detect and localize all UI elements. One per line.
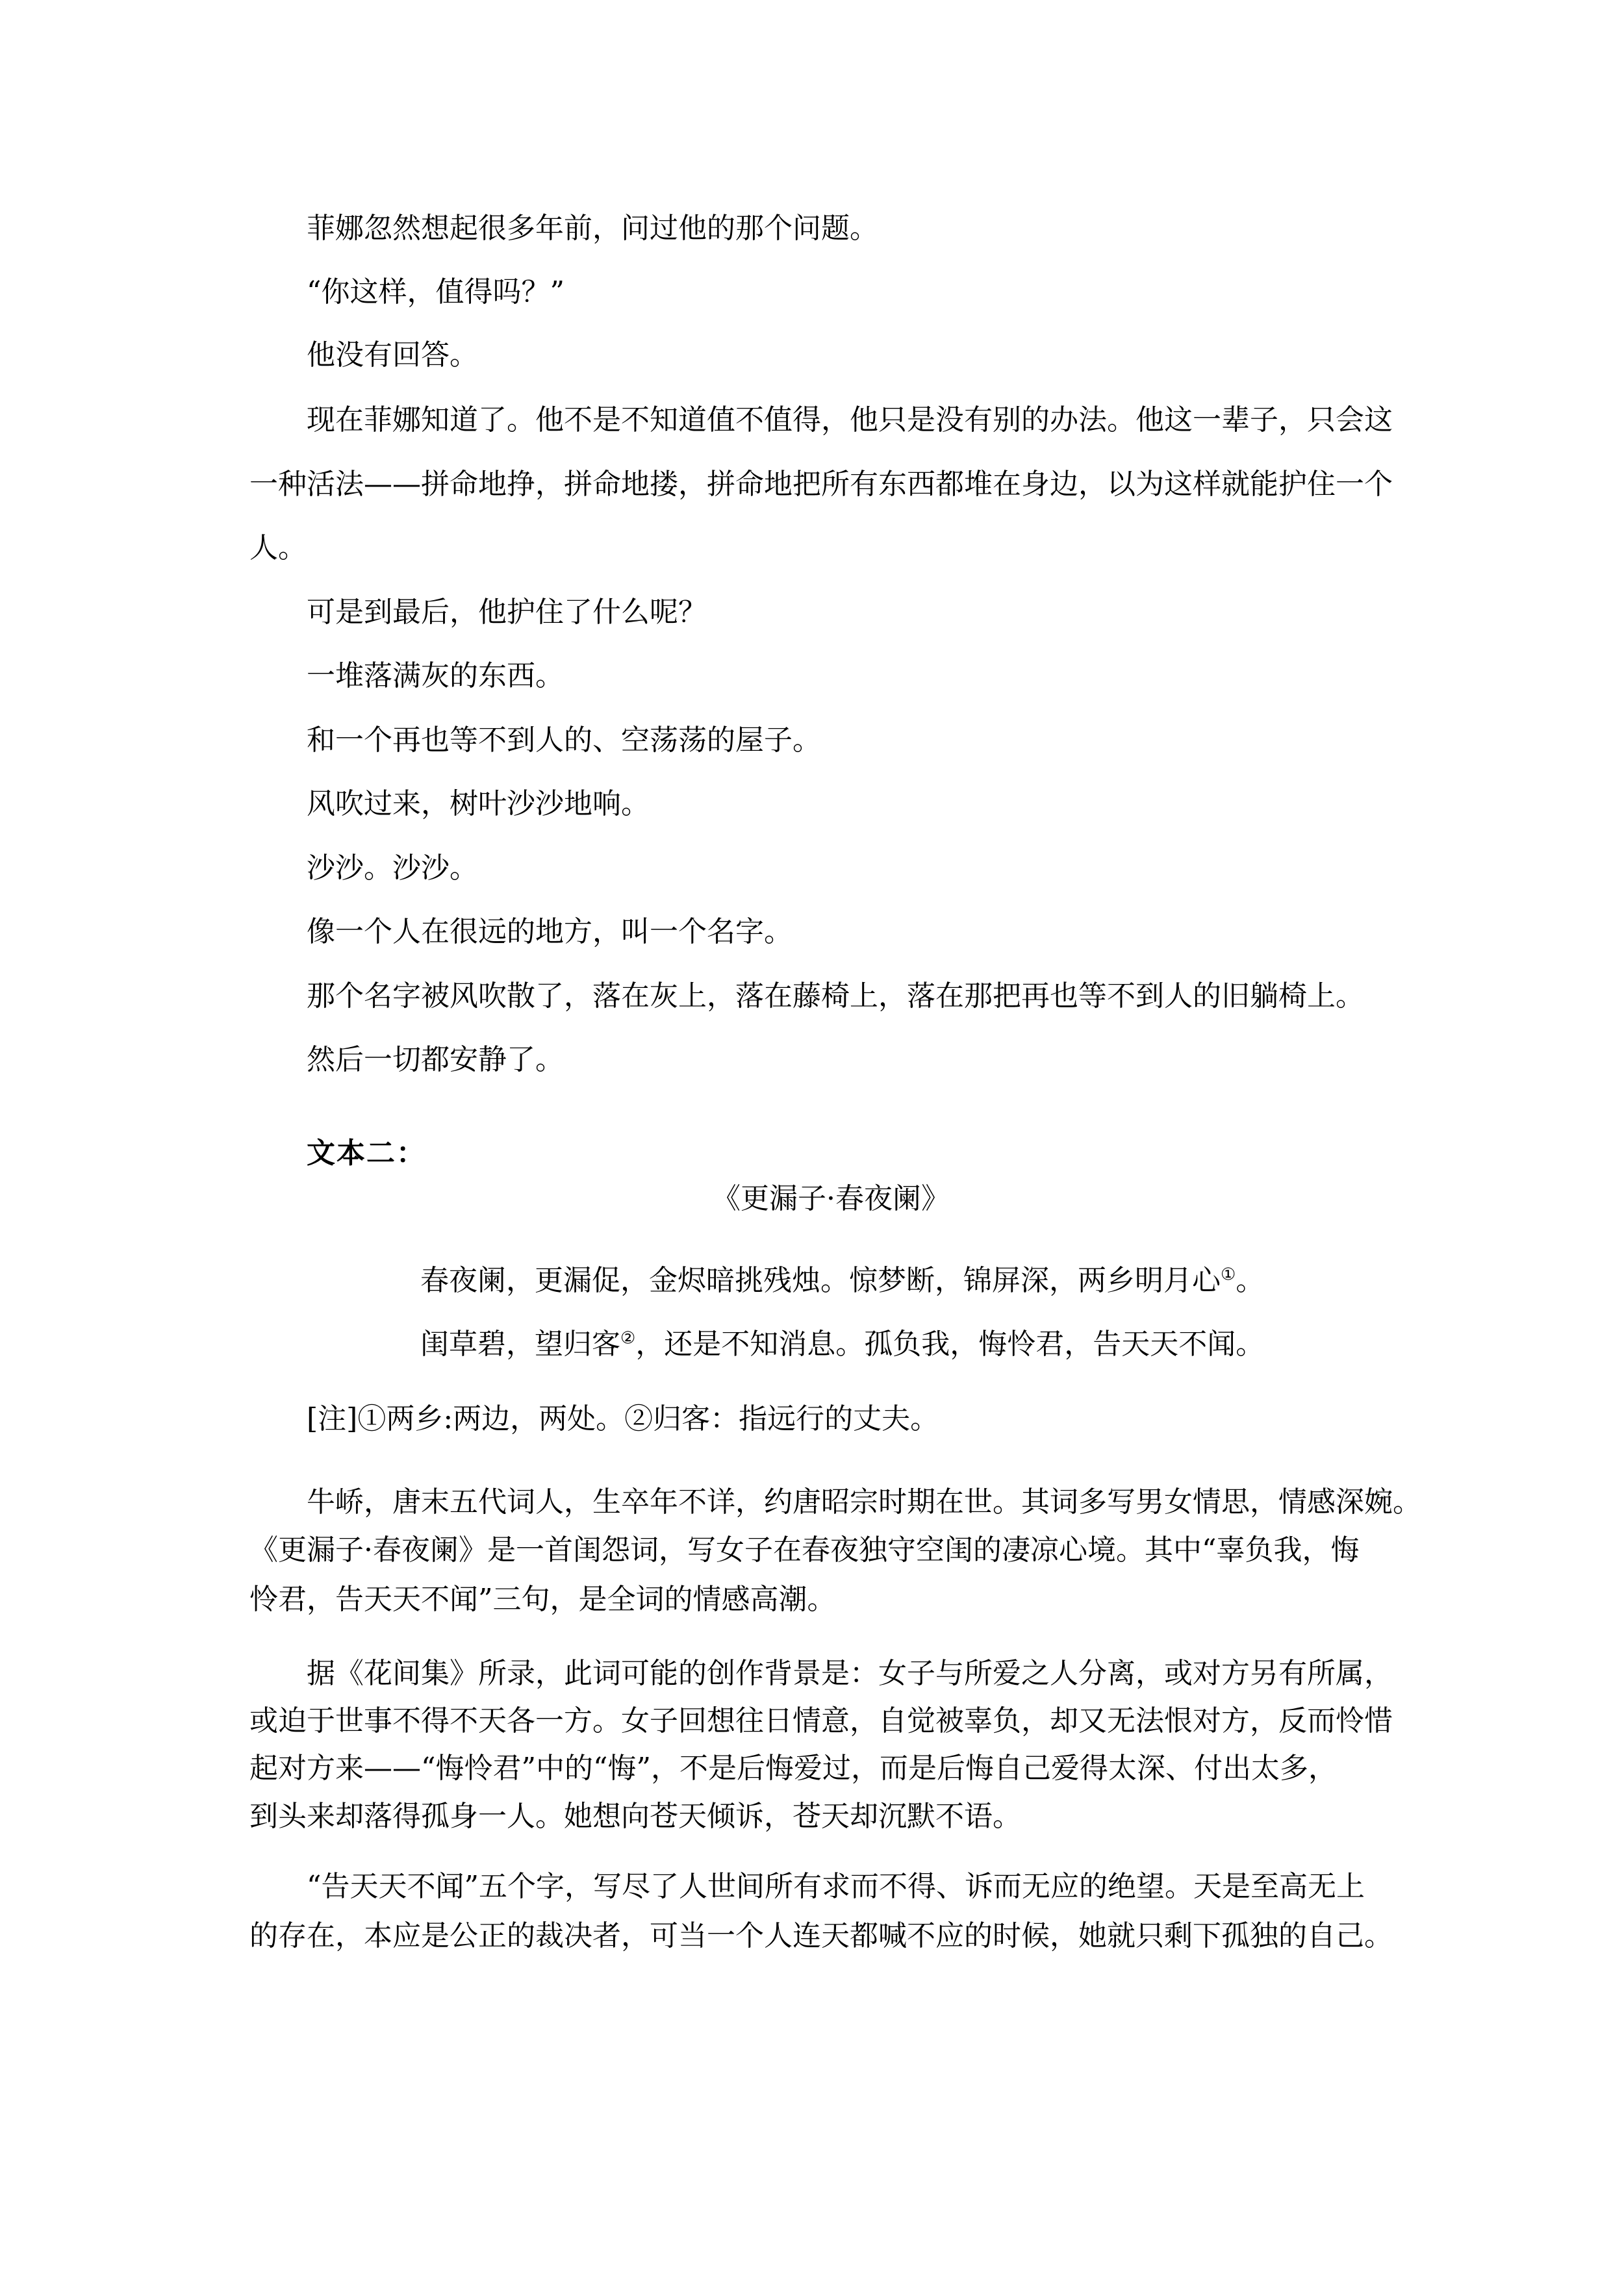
narrative-line: 那个名字被风吹散了，落在灰上，落在藤椅上，落在那把再也等不到人的旧躺椅上。 [249,976,1469,1016]
narrative-line: 人。 [249,528,1412,568]
commentary-line: 牛峤，唐末五代词人，生卒年不详，约唐昭宗时期在世。其词多写男女情思，情感深婉。 [249,1482,1469,1522]
note-line: [注]①两乡:两边，两处。②归客：指远行的丈夫。 [249,1399,1469,1439]
narrative-line: “你这样，值得吗？” [249,272,1469,312]
narrative-line: 沙沙。沙沙。 [249,848,1469,889]
narrative-line: 菲娜忽然想起很多年前，问过他的那个问题。 [249,208,1469,249]
narrative-line: 现在菲娜知道了。他不是不知道值不值得，他只是没有别的办法。他这一辈子，只会这 [249,400,1469,440]
commentary-line: 据《花间集》所录，此词可能的创作背景是：女子与所爱之人分离，或对方另有所属， [249,1654,1469,1694]
document-page: 菲娜忽然想起很多年前，问过他的那个问题。“你这样，值得吗？”他没有回答。现在菲娜… [0,0,1624,2296]
commentary-line: 《更漏子·春夜阑》是一首闺怨词，写女子在春夜独守空闺的凄凉心境。其中“辜负我，悔 [249,1530,1412,1571]
narrative-line: 可是到最后，他护住了什么呢？ [249,592,1469,633]
poem-title: 《更漏子·春夜阑》 [249,1179,1412,1219]
poem-line: 春夜阑，更漏促，金烬暗挑残烛。惊梦断，锦屏深，两乡明月心①。 [249,1261,1583,1301]
footnote-marker-icon: ② [620,1328,635,1348]
narrative-line: 和一个再也等不到人的、空荡荡的屋子。 [249,720,1469,761]
commentary-line: “告天天不闻”五个字，写尽了人世间所有求而不得、诉而无应的绝望。天是至高无上 [249,1867,1469,1907]
commentary-line: 的存在，本应是公正的裁决者，可当一个人连天都喊不应的时候，她就只剩下孤独的自己。 [249,1916,1412,1956]
commentary-line: 起对方来——“悔怜君”中的“悔”，不是后悔爱过，而是后悔自己爱得太深、付出太多， [249,1748,1412,1789]
commentary-line: 或迫于世事不得不天各一方。女子回想往日情意，自觉被辜负，却又无法恨对方，反而怜惜 [249,1701,1412,1741]
footnote-marker-icon: ① [1221,1265,1236,1284]
narrative-line: 风吹过来，树叶沙沙地响。 [249,784,1469,824]
narrative-line: 一堆落满灰的东西。 [249,656,1469,696]
commentary-line: 怜君，告天天不闻”三句，是全词的情感高潮。 [249,1580,1412,1620]
poem-line: 闺草碧，望归客②，还是不知消息。孤负我，悔怜君，告天天不闻。 [249,1324,1583,1365]
narrative-line: 然后一切都安静了。 [249,1040,1469,1080]
section-label: 文本二： [249,1133,1469,1174]
commentary-line: 到头来却落得孤身一人。她想向苍天倾诉，苍天却沉默不语。 [249,1797,1412,1837]
narrative-line: 他没有回答。 [249,335,1469,375]
narrative-line: 一种活法——拼命地挣，拼命地搂，拼命地把所有东西都堆在身边，以为这样就能护住一个 [249,464,1412,505]
narrative-line: 像一个人在很远的地方，叫一个名字。 [249,912,1469,952]
